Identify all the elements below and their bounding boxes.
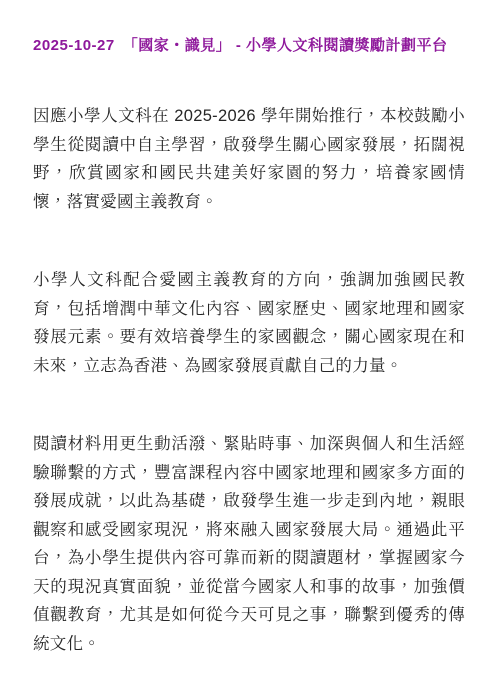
article-paragraph-reading-materials: 閱讀材料用更生動活潑、緊貼時事、加深與個人和生活經驗聯繫的方式，豐富課程內容中國… <box>33 430 465 658</box>
article-paragraph-curriculum: 小學人文科配合愛國主義教育的方向，強調加強國民教育，包括增潤中華文化內容、國家歷… <box>33 266 465 380</box>
article-title: 2025-10-27 「國家・識見」 - 小學人文科閱讀獎勵計劃平台 <box>33 35 465 56</box>
article-paragraph-intro: 因應小學人文科在 2025-2026 學年開始推行，本校鼓勵小學生從閱讀中自主學… <box>33 102 465 216</box>
article-page: 2025-10-27 「國家・識見」 - 小學人文科閱讀獎勵計劃平台 因應小學人… <box>0 0 494 700</box>
